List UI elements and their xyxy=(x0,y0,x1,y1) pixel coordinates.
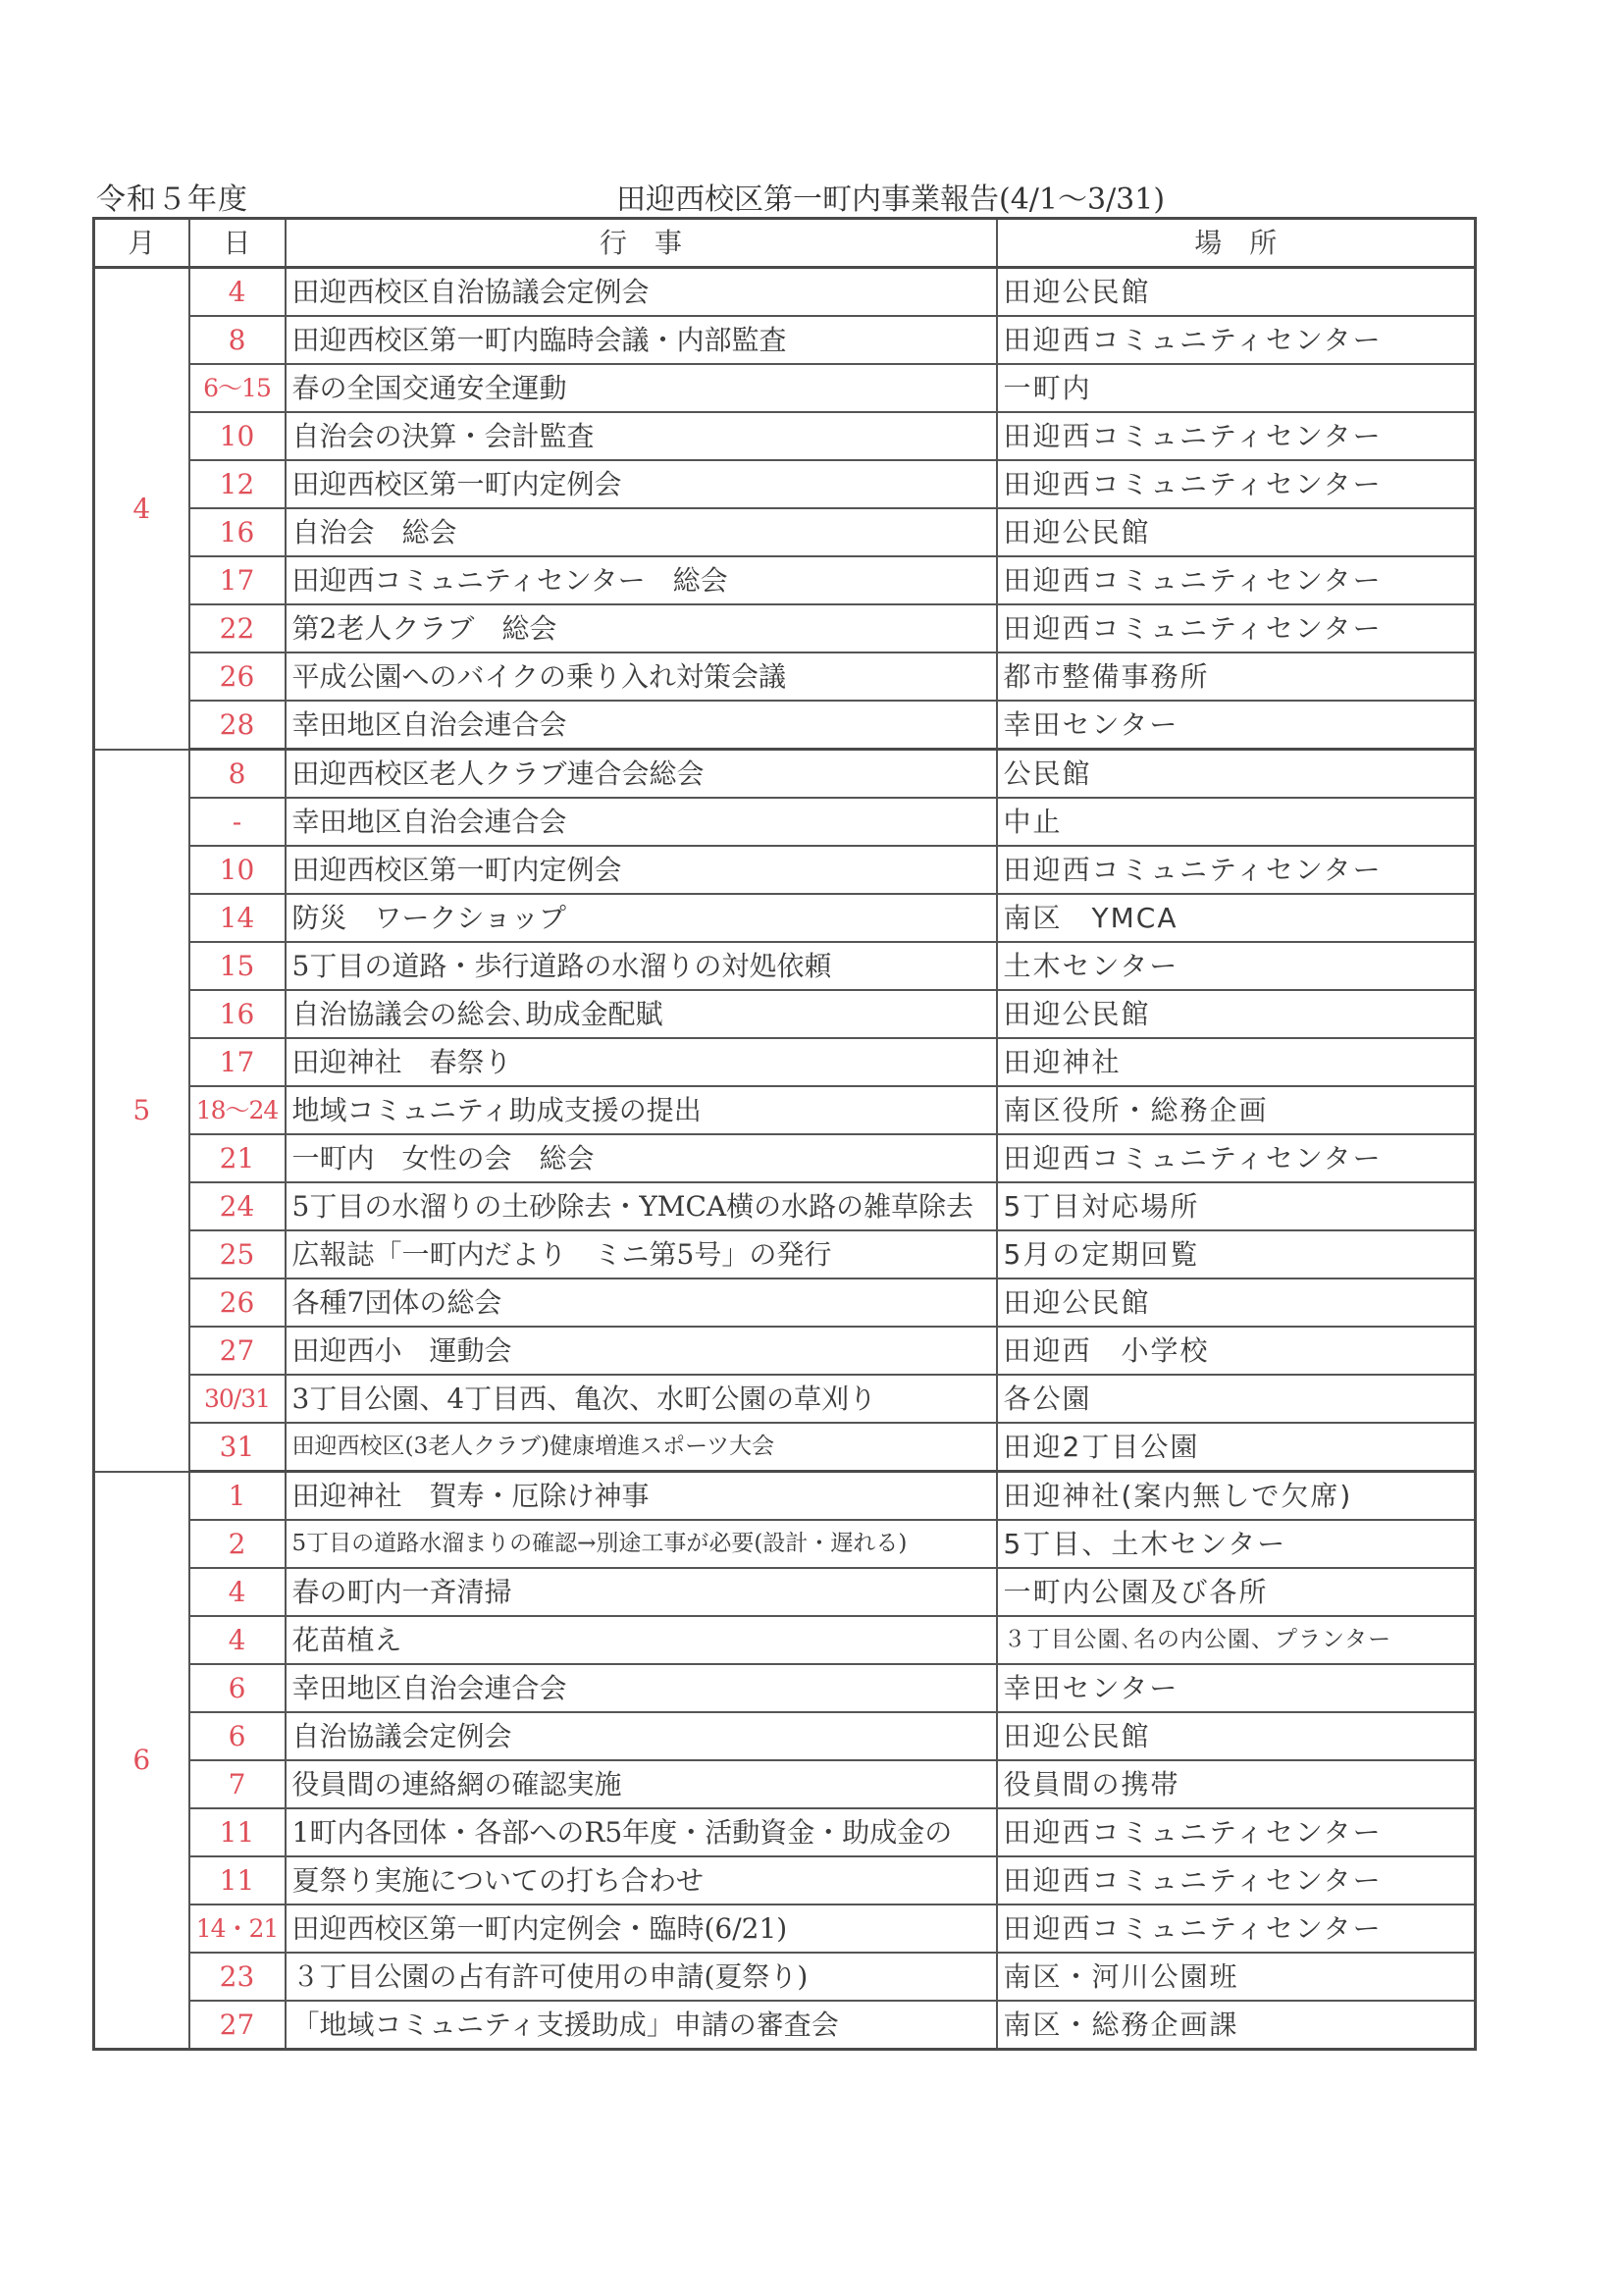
event-cell: 田迎西校区自治協議会定例会 xyxy=(286,268,997,317)
day-cell: 11 xyxy=(189,1856,286,1905)
place-cell: 田迎西コミュニティセンター xyxy=(997,604,1476,652)
event-cell: 広報誌「一町内だより ミニ第5号」の発行 xyxy=(286,1230,997,1278)
table-row: 18～24地域コミュニティ助成支援の提出南区役所・総務企画 xyxy=(94,1086,1476,1134)
place-cell: 田迎西コミュニティセンター xyxy=(997,316,1476,364)
event-cell: 田迎西校区第一町内臨時会議・内部監査 xyxy=(286,316,997,364)
day-cell: 27 xyxy=(189,2001,286,2050)
event-cell: 自治協議会定例会 xyxy=(286,1712,997,1760)
event-cell: 5丁目の道路水溜まりの確認→別途工事が必要(設計・遅れる) xyxy=(286,1520,997,1568)
table-row: 7役員間の連絡網の確認実施役員間の携帯 xyxy=(94,1760,1476,1808)
table-row: 6～15春の全国交通安全運動一町内 xyxy=(94,364,1476,412)
place-cell: 5丁目、土木センター xyxy=(997,1520,1476,1568)
day-cell: 10 xyxy=(189,412,286,460)
day-cell: 6 xyxy=(189,1712,286,1760)
table-row: 8田迎西校区第一町内臨時会議・内部監査田迎西コミュニティセンター xyxy=(94,316,1476,364)
table-row: 26各種7団体の総会田迎公民館 xyxy=(94,1278,1476,1327)
place-cell: 田迎西 小学校 xyxy=(997,1327,1476,1375)
table-row: 17田迎西コミュニティセンター 総会田迎西コミュニティセンター xyxy=(94,556,1476,604)
place-cell: 南区 YMCA xyxy=(997,894,1476,942)
place-cell: 役員間の携帯 xyxy=(997,1760,1476,1808)
day-cell: 26 xyxy=(189,652,286,701)
day-cell: 11 xyxy=(189,1808,286,1856)
place-cell: 田迎西コミュニティセンター xyxy=(997,1808,1476,1856)
place-cell: 都市整備事務所 xyxy=(997,652,1476,701)
table-row: 61田迎神社 賀寿・厄除け神事田迎神社(案内無しで欠席) xyxy=(94,1472,1476,1521)
day-cell: 6～15 xyxy=(189,364,286,412)
place-cell: 田迎神社(案内無しで欠席) xyxy=(997,1472,1476,1521)
day-cell: 4 xyxy=(189,1568,286,1616)
table-row: 23３丁目公園の占有許可使用の申請(夏祭り)南区・河川公園班 xyxy=(94,1953,1476,2001)
table-row: 11夏祭り実施についての打ち合わせ田迎西コミュニティセンター xyxy=(94,1856,1476,1905)
table-row: 31田迎西校区(3老人クラブ)健康増進スポーツ大会田迎2丁目公園 xyxy=(94,1423,1476,1472)
event-cell: 田迎神社 春祭り xyxy=(286,1038,997,1086)
table-row: 17田迎神社 春祭り田迎神社 xyxy=(94,1038,1476,1086)
day-cell: 16 xyxy=(189,990,286,1038)
event-cell: 幸田地区自治会連合会 xyxy=(286,701,997,750)
event-cell: 平成公園へのバイクの乗り入れ対策会議 xyxy=(286,652,997,701)
column-header-day: 日 xyxy=(189,219,286,268)
day-cell: 25 xyxy=(189,1230,286,1278)
table-row: 10田迎西校区第一町内定例会田迎西コミュニティセンター xyxy=(94,846,1476,894)
day-cell: 14・21 xyxy=(189,1905,286,1953)
event-cell: 田迎西校区第一町内定例会・臨時(6/21) xyxy=(286,1905,997,1953)
table-row: 27田迎西小 運動会田迎西 小学校 xyxy=(94,1327,1476,1375)
table-row: 4春の町内一斉清掃一町内公園及び各所 xyxy=(94,1568,1476,1616)
day-cell: 26 xyxy=(189,1278,286,1327)
event-cell: 田迎神社 賀寿・厄除け神事 xyxy=(286,1472,997,1521)
table-row: 27「地域コミュニティ支援助成」申請の審査会南区・総務企画課 xyxy=(94,2001,1476,2050)
event-cell: 春の全国交通安全運動 xyxy=(286,364,997,412)
place-cell: 田迎西コミュニティセンター xyxy=(997,412,1476,460)
day-cell: 17 xyxy=(189,556,286,604)
event-cell: 田迎西校区老人クラブ連合会総会 xyxy=(286,750,997,799)
table-row: 21一町内 女性の会 総会田迎西コミュニティセンター xyxy=(94,1134,1476,1182)
event-cell: 田迎西校区第一町内定例会 xyxy=(286,846,997,894)
place-cell: 公民館 xyxy=(997,750,1476,799)
table-header-row: 月 日 行 事 場 所 xyxy=(94,219,1476,268)
place-cell: 田迎西コミュニティセンター xyxy=(997,846,1476,894)
table-row: 155丁目の道路・歩行道路の水溜りの対処依頼土木センター xyxy=(94,942,1476,990)
place-cell: 田迎西コミュニティセンター xyxy=(997,1134,1476,1182)
month-cell: 5 xyxy=(94,750,189,1472)
day-cell: 6 xyxy=(189,1664,286,1712)
day-cell: - xyxy=(189,798,286,846)
place-cell: 南区・総務企画課 xyxy=(997,2001,1476,2050)
day-cell: 7 xyxy=(189,1760,286,1808)
event-cell: 1町内各団体・各部へのR5年度・活動資金・助成金の xyxy=(286,1808,997,1856)
table-row: 30/313丁目公園、4丁目西、亀次、水町公園の草刈り各公園 xyxy=(94,1375,1476,1423)
event-cell: 幸田地区自治会連合会 xyxy=(286,798,997,846)
table-row: 16自治協議会の総会､助成金配賦田迎公民館 xyxy=(94,990,1476,1038)
day-cell: 28 xyxy=(189,701,286,750)
day-cell: 10 xyxy=(189,846,286,894)
day-cell: 2 xyxy=(189,1520,286,1568)
table-row: 245丁目の水溜りの土砂除去・YMCA横の水路の雑草除去5丁目対応場所 xyxy=(94,1182,1476,1230)
place-cell: 幸田センター xyxy=(997,1664,1476,1712)
table-row: 26平成公園へのバイクの乗り入れ対策会議都市整備事務所 xyxy=(94,652,1476,701)
day-cell: 16 xyxy=(189,508,286,556)
day-cell: 30/31 xyxy=(189,1375,286,1423)
table-row: 12田迎西校区第一町内定例会田迎西コミュニティセンター xyxy=(94,460,1476,508)
table-row: -幸田地区自治会連合会中止 xyxy=(94,798,1476,846)
event-cell: 第2老人クラブ 総会 xyxy=(286,604,997,652)
place-cell: 田迎公民館 xyxy=(997,1712,1476,1760)
table-row: 14・21田迎西校区第一町内定例会・臨時(6/21)田迎西コミュニティセンター xyxy=(94,1905,1476,1953)
place-cell: 5丁目対応場所 xyxy=(997,1182,1476,1230)
table-row: 25丁目の道路水溜まりの確認→別途工事が必要(設計・遅れる)5丁目、土木センター xyxy=(94,1520,1476,1568)
event-cell: 春の町内一斉清掃 xyxy=(286,1568,997,1616)
day-cell: 18～24 xyxy=(189,1086,286,1134)
table-body: 44田迎西校区自治協議会定例会田迎公民館8田迎西校区第一町内臨時会議・内部監査田… xyxy=(94,268,1476,2050)
place-cell: 幸田センター xyxy=(997,701,1476,750)
place-cell: 南区役所・総務企画 xyxy=(997,1086,1476,1134)
table-row: 6幸田地区自治会連合会幸田センター xyxy=(94,1664,1476,1712)
event-cell: 各種7団体の総会 xyxy=(286,1278,997,1327)
table-row: 6自治協議会定例会田迎公民館 xyxy=(94,1712,1476,1760)
place-cell: 一町内 xyxy=(997,364,1476,412)
table-row: 10自治会の決算・会計監査田迎西コミュニティセンター xyxy=(94,412,1476,460)
place-cell: 田迎西コミュニティセンター xyxy=(997,1856,1476,1905)
event-cell: 地域コミュニティ助成支援の提出 xyxy=(286,1086,997,1134)
event-cell: 5丁目の道路・歩行道路の水溜りの対処依頼 xyxy=(286,942,997,990)
event-cell: 「地域コミュニティ支援助成」申請の審査会 xyxy=(286,2001,997,2050)
place-cell: 田迎公民館 xyxy=(997,508,1476,556)
event-cell: 花苗植え xyxy=(286,1616,997,1664)
event-cell: 田迎西小 運動会 xyxy=(286,1327,997,1375)
place-cell: 田迎公民館 xyxy=(997,990,1476,1038)
table-row: 4花苗植え３丁目公園､名の内公園、プランター xyxy=(94,1616,1476,1664)
column-header-event: 行 事 xyxy=(286,219,997,268)
table-row: 58田迎西校区老人クラブ連合会総会公民館 xyxy=(94,750,1476,799)
place-cell: 各公園 xyxy=(997,1375,1476,1423)
day-cell: 27 xyxy=(189,1327,286,1375)
place-cell: 一町内公園及び各所 xyxy=(997,1568,1476,1616)
day-cell: 24 xyxy=(189,1182,286,1230)
table-row: 22第2老人クラブ 総会田迎西コミュニティセンター xyxy=(94,604,1476,652)
event-cell: 自治協議会の総会､助成金配賦 xyxy=(286,990,997,1038)
day-cell: 14 xyxy=(189,894,286,942)
event-cell: 夏祭り実施についての打ち合わせ xyxy=(286,1856,997,1905)
day-cell: 4 xyxy=(189,268,286,317)
table-row: 25広報誌「一町内だより ミニ第5号」の発行5月の定期回覧 xyxy=(94,1230,1476,1278)
column-header-month: 月 xyxy=(94,219,189,268)
place-cell: ３丁目公園､名の内公園、プランター xyxy=(997,1616,1476,1664)
day-cell: 22 xyxy=(189,604,286,652)
event-cell: 田迎西校区第一町内定例会 xyxy=(286,460,997,508)
place-cell: 田迎西コミュニティセンター xyxy=(997,460,1476,508)
day-cell: 8 xyxy=(189,316,286,364)
fiscal-year-label: 令和５年度 xyxy=(96,175,248,218)
event-cell: 田迎西校区(3老人クラブ)健康増進スポーツ大会 xyxy=(286,1423,997,1472)
table-row: 28幸田地区自治会連合会幸田センター xyxy=(94,701,1476,750)
day-cell: 8 xyxy=(189,750,286,799)
day-cell: 23 xyxy=(189,1953,286,2001)
place-cell: 田迎西コミュニティセンター xyxy=(997,1905,1476,1953)
event-cell: 5丁目の水溜りの土砂除去・YMCA横の水路の雑草除去 xyxy=(286,1182,997,1230)
month-cell: 6 xyxy=(94,1472,189,2050)
table-row: 111町内各団体・各部へのR5年度・活動資金・助成金の田迎西コミュニティセンター xyxy=(94,1808,1476,1856)
day-cell: 17 xyxy=(189,1038,286,1086)
event-cell: 幸田地区自治会連合会 xyxy=(286,1664,997,1712)
day-cell: 21 xyxy=(189,1134,286,1182)
event-cell: 防災 ワークショップ xyxy=(286,894,997,942)
day-cell: 1 xyxy=(189,1472,286,1521)
place-cell: 田迎公民館 xyxy=(997,1278,1476,1327)
place-cell: 土木センター xyxy=(997,942,1476,990)
event-cell: 役員間の連絡網の確認実施 xyxy=(286,1760,997,1808)
place-cell: 田迎西コミュニティセンター xyxy=(997,556,1476,604)
month-cell: 4 xyxy=(94,268,189,750)
table-row: 44田迎西校区自治協議会定例会田迎公民館 xyxy=(94,268,1476,317)
place-cell: 南区・河川公園班 xyxy=(997,1953,1476,2001)
place-cell: 田迎神社 xyxy=(997,1038,1476,1086)
place-cell: 中止 xyxy=(997,798,1476,846)
document-title: 田迎西校区第一町内事業報告(4/1～3/31) xyxy=(616,175,1165,218)
day-cell: 4 xyxy=(189,1616,286,1664)
day-cell: 31 xyxy=(189,1423,286,1472)
day-cell: 12 xyxy=(189,460,286,508)
column-header-place: 場 所 xyxy=(997,219,1476,268)
table-row: 14防災 ワークショップ南区 YMCA xyxy=(94,894,1476,942)
day-cell: 15 xyxy=(189,942,286,990)
event-report-table: 月 日 行 事 場 所 44田迎西校区自治協議会定例会田迎公民館8田迎西校区第一… xyxy=(92,217,1477,2051)
table-row: 16自治会 総会田迎公民館 xyxy=(94,508,1476,556)
event-cell: ３丁目公園の占有許可使用の申請(夏祭り) xyxy=(286,1953,997,2001)
event-cell: 3丁目公園、4丁目西、亀次、水町公園の草刈り xyxy=(286,1375,997,1423)
place-cell: 田迎公民館 xyxy=(997,268,1476,317)
place-cell: 5月の定期回覧 xyxy=(997,1230,1476,1278)
event-cell: 一町内 女性の会 総会 xyxy=(286,1134,997,1182)
event-cell: 自治会 総会 xyxy=(286,508,997,556)
place-cell: 田迎2丁目公園 xyxy=(997,1423,1476,1472)
event-cell: 自治会の決算・会計監査 xyxy=(286,412,997,460)
event-cell: 田迎西コミュニティセンター 総会 xyxy=(286,556,997,604)
